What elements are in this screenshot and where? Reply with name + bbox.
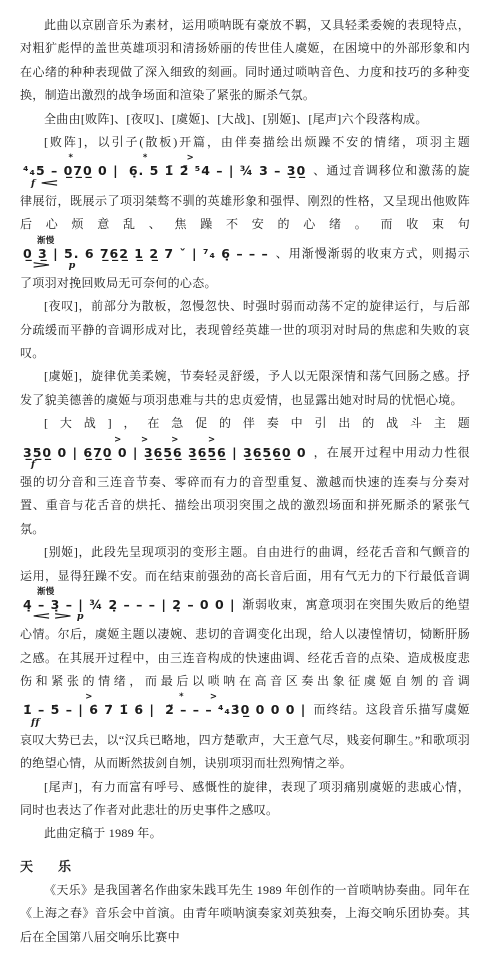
music-notation-suicide-motif: > 1̇ – 5̇ – | 6̇ 7̇ 1̈ 6̇ | ff (23, 693, 155, 728)
notation-c-notes: 0̲ 3̲ | 5. 6 7̲6̲2̲ 1̲ 2̲ 7 ˇ | ⁷₄ 6̣ – … (23, 247, 269, 261)
paragraph-dazhan: [大战]，在急促的伴奏中引出的战斗主题 > > > > 3̲5̲0̲ 0 | 6… (20, 412, 470, 541)
paragraph-weisheng: [尾声]，有力而富有呼号、感慨性的旋律，表现了项羽痛别虞姬的悲戚心情，同时也表达… (20, 776, 470, 823)
finalized-text: 此曲定稿于 1989 年。 (44, 826, 162, 840)
bieji-text-1: [别姬]，此段先呈现项羽的变形主题。自由进行的曲调，经花舌音和气颤音的运用，显得… (20, 545, 470, 582)
decrescendo-hairpin: > (31, 261, 52, 272)
paragraph-yetan: [夜叹]，前部分为散板，忽慢忽快、时强时弱而动荡不定的旋律运行，与后部分疏缓而平… (20, 295, 470, 365)
notation-e-notes: 4̣ – 3̣ – | ¾ 2̣ – – – | 2̣ – 0 0 | (23, 598, 236, 612)
notation-d-notes: 3̲5̲0̲ 0 | 6̲7̲0̲ 0 | 3̲6̲5̲6̲ 3̲6̲5̲6̲ … (23, 446, 307, 460)
yuji-text: [虞姬]，旋律优美柔婉，节奏轻灵舒缓，予人以无限深情和荡气回肠之感。抒发了貌美德… (20, 369, 470, 406)
dynamic-forte: f (31, 459, 35, 470)
notation-f-notes: 1̇ – 5̇ – | 6̇ 7̇ 1̈ 6̇ | (23, 703, 155, 717)
crescendo-hairpin: < (39, 179, 60, 190)
tianle-intro-text: 《天乐》是我国著名作曲家朱践耳先生 1989 年创作的一首唢呐协奏曲。同年在《上… (20, 883, 470, 944)
cresc-decresc-hairpin: <> (31, 612, 74, 623)
paragraph-finalized: 此曲定稿于 1989 年。 (20, 822, 470, 845)
dazhan-text-1: [大战]，在急促的伴奏中引出的战斗主题 (44, 416, 470, 430)
structure-text: 全曲由[败阵]、[夜叹]、[虞姬]、[大战]、[别姬]、[尾声]六个段落构成。 (44, 112, 428, 126)
music-notation-xiangyu-theme: * ⁴₄5 – 0̲7̲0̲ 0 | f < (23, 154, 119, 189)
dynamic-piano: p (69, 260, 76, 271)
music-notation-low-descending: 渐慢 4̣ – 3̣ – | ¾ 2̣ – – – | 2̣ – 0 0 | <… (23, 588, 236, 623)
notation-b-notes: 6̣. 5 1̄ 2̄ ⁵4 – | ¾ 3 – 3̲0̲ (129, 164, 306, 178)
tempo-label-jianman: 渐慢 (23, 237, 269, 247)
weisheng-text: [尾声]，有力而富有呼号、感慨性的旋律，表现了项羽痛别虞姬的悲戚心情，同时也表达… (20, 780, 470, 817)
notation-a-notes: ⁴₄5 – 0̲7̲0̲ 0 | (23, 164, 119, 178)
music-notation-closing-phrase: 渐慢 0̲ 3̲ | 5. 6 7̲6̲2̲ 1̲ 2̲ 7 ˇ | ⁷₄ 6̣… (23, 237, 269, 272)
dynamic-forte: f (31, 178, 35, 189)
paragraph-tianle-intro: 《天乐》是我国著名作曲家朱践耳先生 1989 年创作的一首唢呐协奏曲。同年在《上… (20, 879, 470, 949)
paragraph-baizhen: [败阵]，以引子(散板)开篇，由伴奏描绘出烦躁不安的情绪，项羽主题 * ⁴₄5 … (20, 131, 470, 295)
intro-text: 此曲以京剧音乐为素材，运用唢呐既有豪放不羁，又具轻柔委婉的表现特点，对粗犷彪悍的… (20, 18, 470, 102)
dynamic-piano: p (77, 611, 84, 622)
music-notation-theme-continue: * > 6̣. 5 1̄ 2̄ ⁵4 – | ¾ 3 – 3̲0̲ (129, 154, 306, 189)
dynamic-fortissimo: ff (31, 717, 40, 728)
music-notation-battle-theme: > > > > 3̲5̲0̲ 0 | 6̲7̲0̲ 0 | 3̲6̲5̲6̲ 3… (23, 436, 307, 471)
paragraph-yuji: [虞姬]，旋律优美柔婉，节奏轻灵舒缓，予人以无限深情和荡气回肠之感。抒发了貌美德… (20, 365, 470, 412)
baizhen-text-1: [败阵]，以引子(散板)开篇，由伴奏描绘出烦躁不安的情绪，项羽主题 (44, 135, 470, 149)
paragraph-structure: 全曲由[败阵]、[夜叹]、[虞姬]、[大战]、[别姬]、[尾声]六个段落构成。 (20, 108, 470, 131)
notation-g-notes: 2̈ – – – ⁴₄3̇0̲ 0 0 0 | (165, 703, 306, 717)
section-heading-tianle: 天 乐 (20, 856, 470, 875)
paragraph-intro: 此曲以京剧音乐为素材，运用唢呐既有豪放不羁，又具轻柔委婉的表现特点，对粗犷彪悍的… (20, 14, 470, 108)
yetan-text: [夜叹]，前部分为散板，忽慢忽快、时强时弱而动荡不定的旋律运行，与后部分疏缓而平… (20, 299, 470, 360)
document-page: 此曲以京剧音乐为素材，运用唢呐既有豪放不羁，又具轻柔委婉的表现特点，对粗犷彪悍的… (0, 0, 490, 959)
music-notation-suicide-motif-end: * > 2̈ – – – ⁴₄3̇0̲ 0 0 0 | (165, 693, 306, 728)
paragraph-bieji: [别姬]，此段先呈现项羽的变形主题。自由进行的曲调，经花舌音和气颤音的运用，显得… (20, 541, 470, 775)
